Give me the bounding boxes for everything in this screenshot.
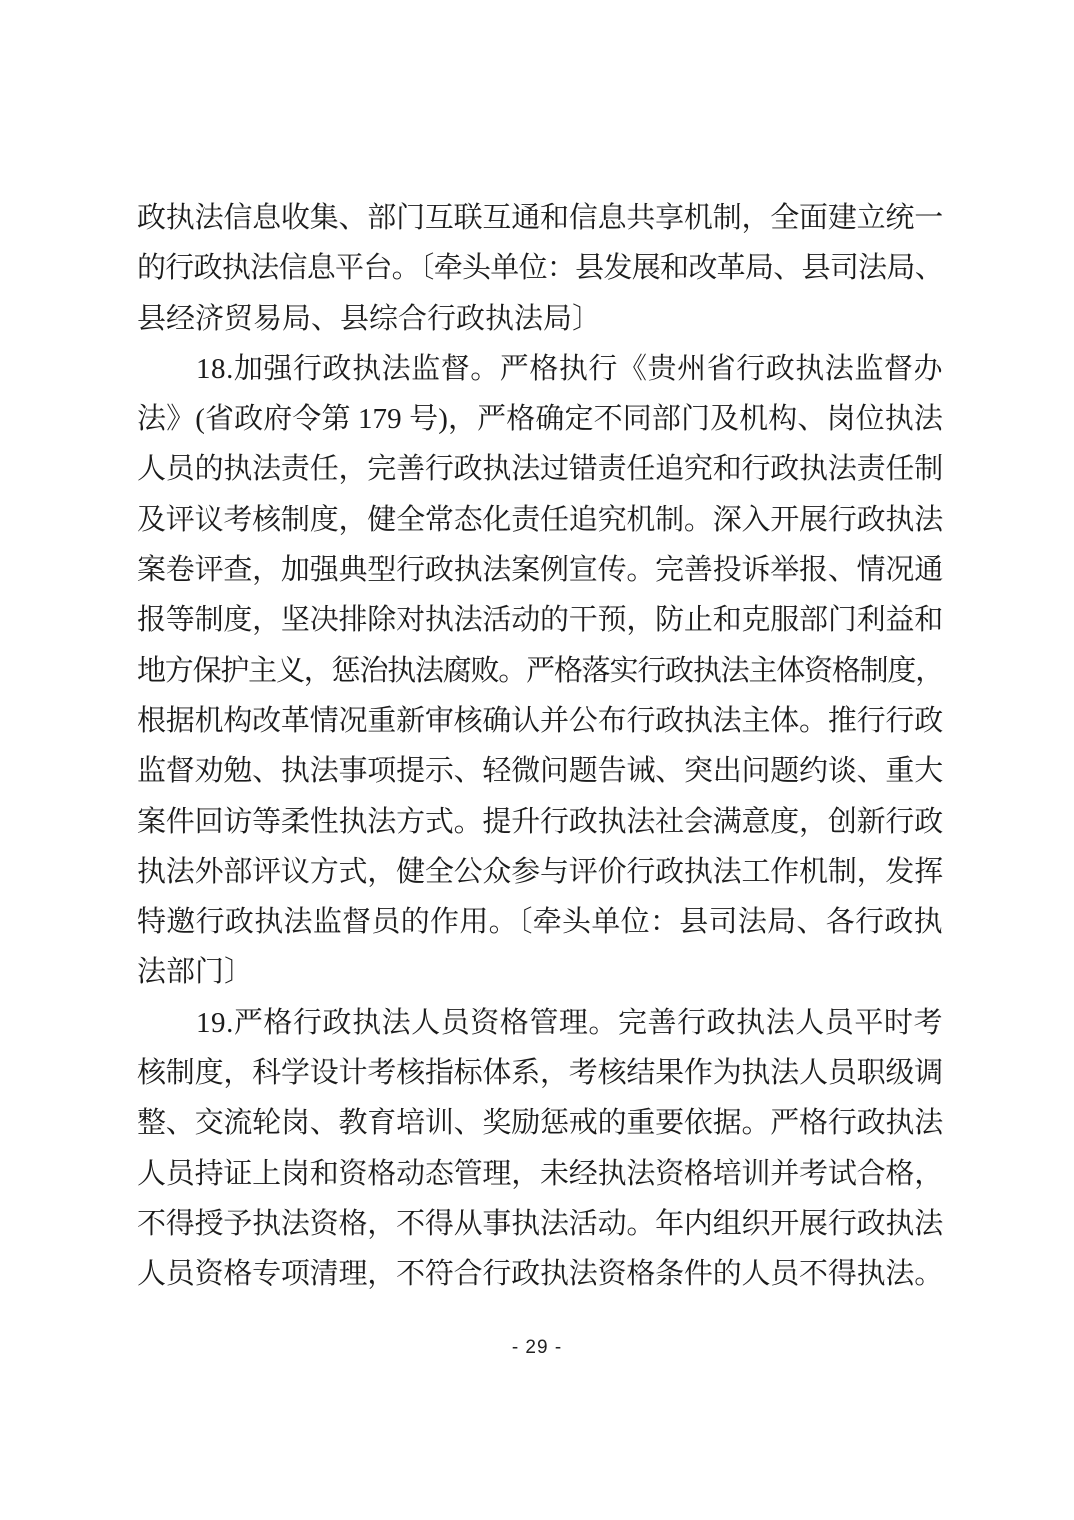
text-run: 19.严格行政执法人员资格管理。完善行政执法人员平时考 <box>196 1007 943 1039</box>
text-line-paragraph-18-start: 18.加强行政执法监督。严格执行《贵州省行政执法监督办 <box>137 344 943 394</box>
text-run: 人员资格专项清理，不符合行政执法资格条件的人员不得执法。 <box>137 1258 943 1290</box>
text-line: 政执法信息收集、部门互联互通和信息共享机制，全面建立统一 <box>137 193 943 243</box>
text-run: 监督劝勉、执法事项提示、轻微问题告诫、突出问题约谈、重大 <box>137 755 943 787</box>
page-number: - 29 - <box>0 1337 1074 1359</box>
text-line: 不得授予执法资格，不得从事执法活动。年内组织开展行政执法 <box>137 1199 943 1249</box>
text-run: 不得授予执法资格，不得从事执法活动。年内组织开展行政执法 <box>137 1208 943 1240</box>
text-line: 的行政执法信息平台。〔牵头单位：县发展和改革局、县司法局、 <box>137 243 943 293</box>
text-run: 人员的执法责任，完善行政执法过错责任追究和行政执法责任制 <box>137 453 943 485</box>
text-line: 报等制度，坚决排除对执法活动的干预，防止和克服部门利益和 <box>137 595 943 645</box>
text-line: 监督劝勉、执法事项提示、轻微问题告诫、突出问题约谈、重大 <box>137 746 943 796</box>
text-line: 法》(省政府令第 179 号)，严格确定不同部门及机构、岗位执法 <box>137 394 943 444</box>
text-run: 政执法信息收集、部门互联互通和信息共享机制，全面建立统一 <box>137 202 943 234</box>
text-line: 人员的执法责任，完善行政执法过错责任追究和行政执法责任制 <box>137 444 943 494</box>
text-run: 法》(省政府令第 179 号)，严格确定不同部门及机构、岗位执法 <box>137 403 943 435</box>
text-line: 法部门〕 <box>137 947 943 997</box>
text-line-paragraph-19-start: 19.严格行政执法人员资格管理。完善行政执法人员平时考 <box>137 998 943 1048</box>
text-run: 特邀行政执法监督员的作用。〔牵头单位：县司法局、各行政执 <box>137 906 943 938</box>
text-run: 案卷评查，加强典型行政执法案例宣传。完善投诉举报、情况通 <box>137 554 943 586</box>
text-run: 及评议考核制度，健全常态化责任追究机制。深入开展行政执法 <box>137 504 943 536</box>
text-run: 报等制度，坚决排除对执法活动的干预，防止和克服部门利益和 <box>137 604 943 636</box>
text-run: 整、交流轮岗、教育培训、奖励惩戒的重要依据。严格行政执法 <box>137 1107 943 1139</box>
text-line: 案卷评查，加强典型行政执法案例宣传。完善投诉举报、情况通 <box>137 545 943 595</box>
text-line: 特邀行政执法监督员的作用。〔牵头单位：县司法局、各行政执 <box>137 897 943 947</box>
text-run: 根据机构改革情况重新审核确认并公布行政执法主体。推行行政 <box>137 705 943 737</box>
text-line: 人员资格专项清理，不符合行政执法资格条件的人员不得执法。 <box>137 1249 943 1299</box>
text-line: 地方保护主义，惩治执法腐败。严格落实行政执法主体资格制度， <box>137 646 943 696</box>
text-line: 县经济贸易局、县综合行政执法局〕 <box>137 294 943 344</box>
text-run: 18.加强行政执法监督。严格执行《贵州省行政执法监督办 <box>196 353 943 385</box>
text-run: 县经济贸易局、县综合行政执法局〕 <box>137 303 601 335</box>
text-run: 执法外部评议方式，健全公众参与评价行政执法工作机制，发挥 <box>137 856 943 888</box>
text-run: 地方保护主义，惩治执法腐败。严格落实行政执法主体资格制度， <box>137 655 943 687</box>
text-run: 案件回访等柔性执法方式。提升行政执法社会满意度，创新行政 <box>137 806 943 838</box>
text-line: 及评议考核制度，健全常态化责任追究机制。深入开展行政执法 <box>137 495 943 545</box>
text-line: 核制度，科学设计考核指标体系，考核结果作为执法人员职级调 <box>137 1048 943 1098</box>
document-page: 政执法信息收集、部门互联互通和信息共享机制，全面建立统一 的行政执法信息平台。〔… <box>0 0 1074 1520</box>
text-run: 核制度，科学设计考核指标体系，考核结果作为执法人员职级调 <box>137 1057 943 1089</box>
text-run: 的行政执法信息平台。〔牵头单位：县发展和改革局、县司法局、 <box>137 252 943 284</box>
text-run: 人员持证上岗和资格动态管理，未经执法资格培训并考试合格， <box>137 1158 943 1190</box>
body-text-block: 政执法信息收集、部门互联互通和信息共享机制，全面建立统一 的行政执法信息平台。〔… <box>137 193 943 1300</box>
text-run: 法部门〕 <box>137 956 253 988</box>
text-line: 执法外部评议方式，健全公众参与评价行政执法工作机制，发挥 <box>137 847 943 897</box>
text-line: 人员持证上岗和资格动态管理，未经执法资格培训并考试合格， <box>137 1149 943 1199</box>
text-line: 整、交流轮岗、教育培训、奖励惩戒的重要依据。严格行政执法 <box>137 1098 943 1148</box>
text-line: 案件回访等柔性执法方式。提升行政执法社会满意度，创新行政 <box>137 797 943 847</box>
text-line: 根据机构改革情况重新审核确认并公布行政执法主体。推行行政 <box>137 696 943 746</box>
